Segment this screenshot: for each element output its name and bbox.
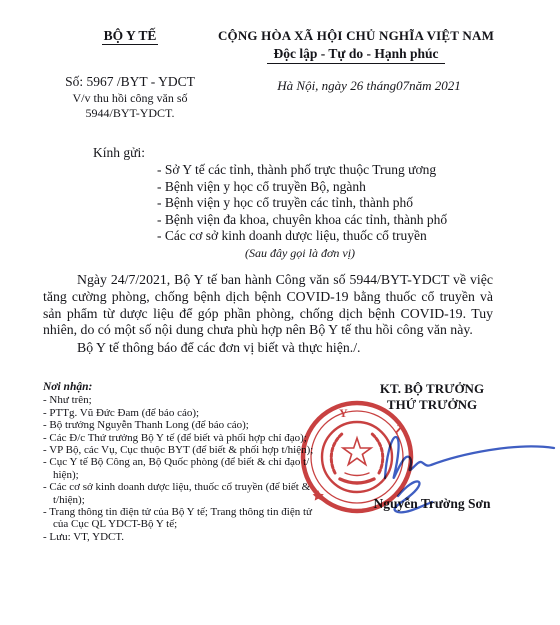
recipients-note: (Sau đây gọi là đơn vị) (195, 246, 405, 261)
official-letter-page: BỘ Y TẾ CỘNG HÒA XÃ HỘI CHỦ NGHĨA VIỆT N… (0, 0, 560, 625)
issuer-name-text: BỘ Y TẾ (102, 28, 159, 45)
stamp-letter-y: Y (339, 406, 348, 420)
document-subject-line1: V/v thu hồi công văn số (28, 91, 232, 105)
document-subject-line2: 5944/BYT-YDCT. (28, 106, 232, 120)
cc-item: - Như trên; (43, 394, 315, 406)
recipient-item: - Bệnh viện y học cổ truyền Bộ, ngành (157, 179, 537, 196)
issuer-name: BỘ Y TẾ (55, 28, 205, 44)
document-number-block: Số: 5967 /BYT - YDCT V/v thu hồi công vă… (28, 74, 232, 120)
national-header: CỘNG HÒA XÃ HỘI CHỦ NGHĨA VIỆT NAM Độc l… (213, 28, 499, 64)
recipient-item: - Sở Y tế các tỉnh, thành phố trực thuộc… (157, 162, 537, 179)
recipient-item: - Các cơ sở kinh doanh dược liệu, thuốc … (157, 228, 537, 245)
recipient-item: - Bệnh viện đa khoa, chuyên khoa các tỉn… (157, 212, 537, 229)
cc-heading: Nơi nhận: (43, 381, 315, 393)
republic-line: CỘNG HÒA XÃ HỘI CHỦ NGHĨA VIỆT NAM (213, 28, 499, 44)
cc-item: - Các Đ/c Thứ trưởng Bộ Y tế (để biết và… (43, 432, 315, 444)
body-paragraph: Ngày 24/7/2021, Bộ Y tế ban hành Công vă… (43, 272, 493, 339)
cc-item: - PTTg. Vũ Đức Đam (để báo cáo); (43, 407, 315, 419)
national-emblem-star-icon (343, 438, 371, 465)
document-number: Số: 5967 /BYT - YDCT (28, 74, 232, 90)
signer-title-line1: KT. BỘ TRƯỞNG (348, 381, 516, 397)
cc-item: - VP Bộ, các Vụ, Cục thuộc BYT (để biết … (43, 444, 315, 456)
cc-item: - Lưu: VT, YDCT. (43, 531, 315, 543)
recipients-list: - Sở Y tế các tỉnh, thành phố trực thuộc… (157, 162, 537, 245)
cc-item: - Trang thông tin điện tử của Bộ Y tế; T… (43, 506, 315, 531)
closing-paragraph: Bộ Y tế thông báo để các đơn vị biết và … (43, 340, 493, 357)
cc-item: - Các cơ sở kinh doanh dược liệu, thuốc … (43, 481, 315, 506)
salutation: Kính gửi: (93, 145, 145, 161)
handwritten-signature (368, 412, 560, 517)
letter-body: Ngày 24/7/2021, Bộ Y tế ban hành Công vă… (43, 272, 493, 357)
cc-block: Nơi nhận: - Như trên; - PTTg. Vũ Đức Đam… (43, 381, 315, 543)
cc-item: - Cục Y tế Bộ Công an, Bộ Quốc phòng (để… (43, 456, 315, 481)
place-date: Hà Nội, ngày 26 tháng07năm 2021 (238, 78, 500, 94)
recipient-item: - Bệnh viện y học cổ truyền các tỉnh, th… (157, 195, 537, 212)
motto-line: Độc lập - Tự do - Hạnh phúc (267, 46, 444, 64)
cc-item: - Bộ trưởng Nguyễn Thanh Long (để báo cá… (43, 419, 315, 431)
